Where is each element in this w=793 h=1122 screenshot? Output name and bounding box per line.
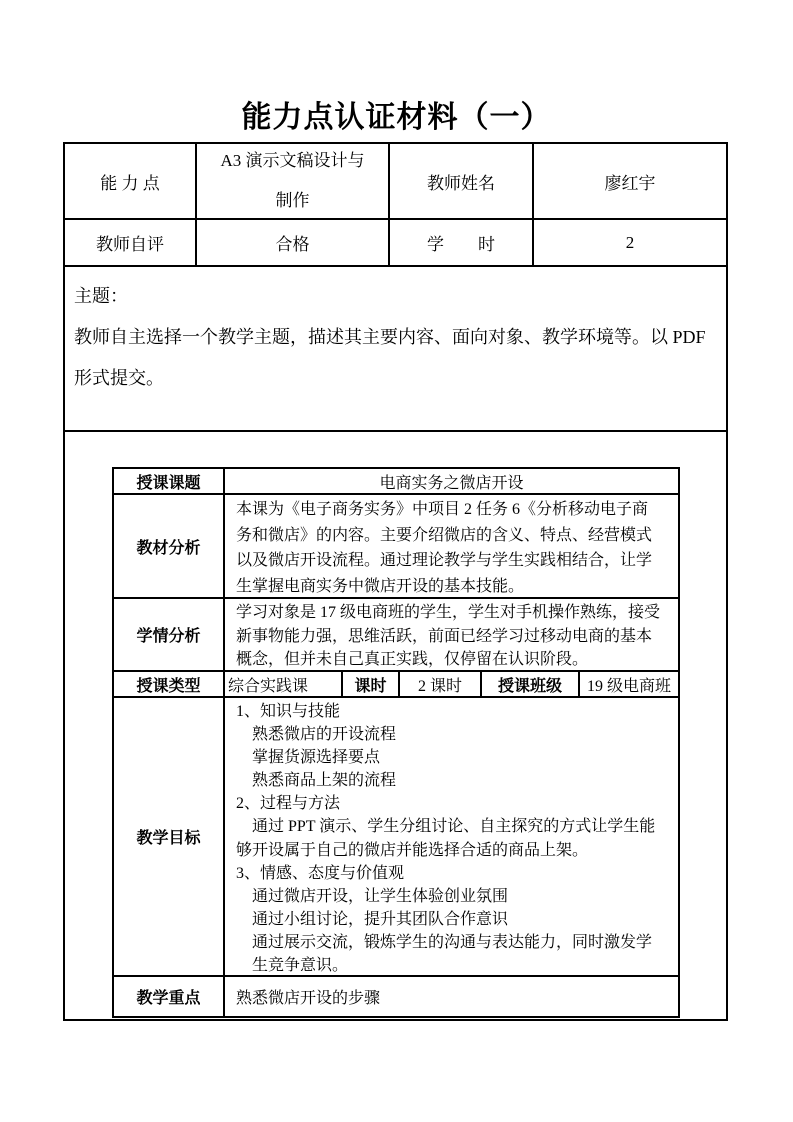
lesson-hours-label: 课时 <box>343 672 400 696</box>
objectives-label: 教学目标 <box>114 698 225 975</box>
material-analysis-label: 教材分析 <box>114 495 225 597</box>
teacher-name-label: 教师姓名 <box>390 144 534 218</box>
lesson-plan-table: 授课课题 电商实务之微店开设 教材分析 本课为《电子商务实务》中项目 2 任务 … <box>112 467 680 1018</box>
row-learner-analysis: 学情分析 学习对象是 17 级电商班的学生，学生对手机操作熟练，接受 新事物能力… <box>114 599 678 672</box>
lesson-hours-value: 2 课时 <box>400 672 482 696</box>
learner-analysis-label: 学情分析 <box>114 599 225 670</box>
objectives-line: 生竞争意识。 <box>236 954 672 977</box>
info-row-capability: 能 力 点 A3 演示文稿设计与 制作 教师姓名 廖红宇 <box>65 144 726 220</box>
material-analysis-line: 务和微店》的内容。主要介绍微店的含义、特点、经营模式 <box>236 523 672 549</box>
row-course-type: 授课类型 综合实践课 课时 2 课时 授课班级 19 级电商班 <box>114 672 678 698</box>
material-analysis-line: 以及微店开设流程。通过理论教学与学生实践相结合，让学 <box>236 548 672 574</box>
objectives-line: 1、知识与技能 <box>236 700 672 723</box>
material-analysis-line: 本课为《电子商务实务》中项目 2 任务 6《分析移动电子商 <box>236 497 672 523</box>
key-points-label: 教学重点 <box>114 977 225 1016</box>
objectives-line: 通过展示交流，锻炼学生的沟通与表达能力，同时激发学 <box>236 931 672 954</box>
material-analysis-line: 生掌握电商实务中微店开设的基本技能。 <box>236 574 672 600</box>
objectives-line: 熟悉商品上架的流程 <box>236 769 672 792</box>
teacher-name-value: 廖红宇 <box>534 144 726 218</box>
objectives-line: 通过 PPT 演示、学生分组讨论、自主探究的方式让学生能 <box>236 815 672 838</box>
row-objectives: 教学目标 1、知识与技能 熟悉微店的开设流程 掌握货源选择要点 熟悉商品上架的流… <box>114 698 678 977</box>
objectives-line: 熟悉微店的开设流程 <box>236 723 672 746</box>
document-page: 能力点认证材料（一） 能 力 点 A3 演示文稿设计与 制作 教师姓名 廖红宇 … <box>0 0 793 1122</box>
objectives-line: 通过微店开设，让学生体验创业氛围 <box>236 885 672 908</box>
objectives-line: 3、情感、态度与价值观 <box>236 862 672 885</box>
teaching-class-label: 授课班级 <box>482 672 580 696</box>
self-evaluation-value: 合格 <box>197 220 390 265</box>
objectives-line: 够开设属于自己的微店并能选择合适的商品上架。 <box>236 839 672 862</box>
learner-analysis-line: 学习对象是 17 级电商班的学生，学生对手机操作熟练，接受 <box>236 601 672 625</box>
course-title-label: 授课课题 <box>114 469 225 493</box>
objectives-line: 2、过程与方法 <box>236 792 672 815</box>
key-points-value: 熟悉微店开设的步骤 <box>225 977 678 1016</box>
learner-analysis-line: 新事物能力强，思维活跃，前面已经学习过移动电商的基本 <box>236 625 672 649</box>
objectives-line: 掌握货源选择要点 <box>236 746 672 769</box>
topic-label: 主题： <box>74 276 717 317</box>
topic-text-line1: 教师自主选择一个教学主题，描述其主要内容、面向对象、教学环境等。以 PDF <box>74 317 717 358</box>
course-type-label: 授课类型 <box>114 672 225 696</box>
objectives-text: 1、知识与技能 熟悉微店的开设流程 掌握货源选择要点 熟悉商品上架的流程 2、过… <box>225 698 678 975</box>
info-row-selfeval: 教师自评 合格 学 时 2 <box>65 220 726 267</box>
topic-cell: 主题： 教师自主选择一个教学主题，描述其主要内容、面向对象、教学环境等。以 PD… <box>65 267 726 432</box>
class-hours-value: 2 <box>534 220 726 265</box>
course-title-value: 电商实务之微店开设 <box>225 469 678 493</box>
topic-text-line2: 形式提交。 <box>74 358 717 399</box>
row-material-analysis: 教材分析 本课为《电子商务实务》中项目 2 任务 6《分析移动电子商 务和微店》… <box>114 495 678 599</box>
class-hours-label: 学 时 <box>390 220 534 265</box>
learner-analysis-text: 学习对象是 17 级电商班的学生，学生对手机操作熟练，接受 新事物能力强，思维活… <box>225 599 678 670</box>
capability-point-label: 能 力 点 <box>65 144 197 218</box>
course-type-value: 综合实践课 <box>225 672 343 696</box>
capability-point-value-line2: 制作 <box>276 181 310 221</box>
self-evaluation-label: 教师自评 <box>65 220 197 265</box>
row-key-points: 教学重点 熟悉微店开设的步骤 <box>114 977 678 1016</box>
capability-point-value-line1: A3 演示文稿设计与 <box>220 141 364 181</box>
learner-analysis-line: 概念，但并未自己真正实践，仅停留在认识阶段。 <box>236 648 672 672</box>
material-analysis-text: 本课为《电子商务实务》中项目 2 任务 6《分析移动电子商 务和微店》的内容。主… <box>225 495 678 597</box>
teaching-class-value: 19 级电商班 <box>580 672 678 696</box>
row-course-title: 授课课题 电商实务之微店开设 <box>114 469 678 495</box>
page-title: 能力点认证材料（一） <box>0 92 793 136</box>
capability-point-value: A3 演示文稿设计与 制作 <box>197 144 390 218</box>
objectives-line: 通过小组讨论，提升其团队合作意识 <box>236 908 672 931</box>
